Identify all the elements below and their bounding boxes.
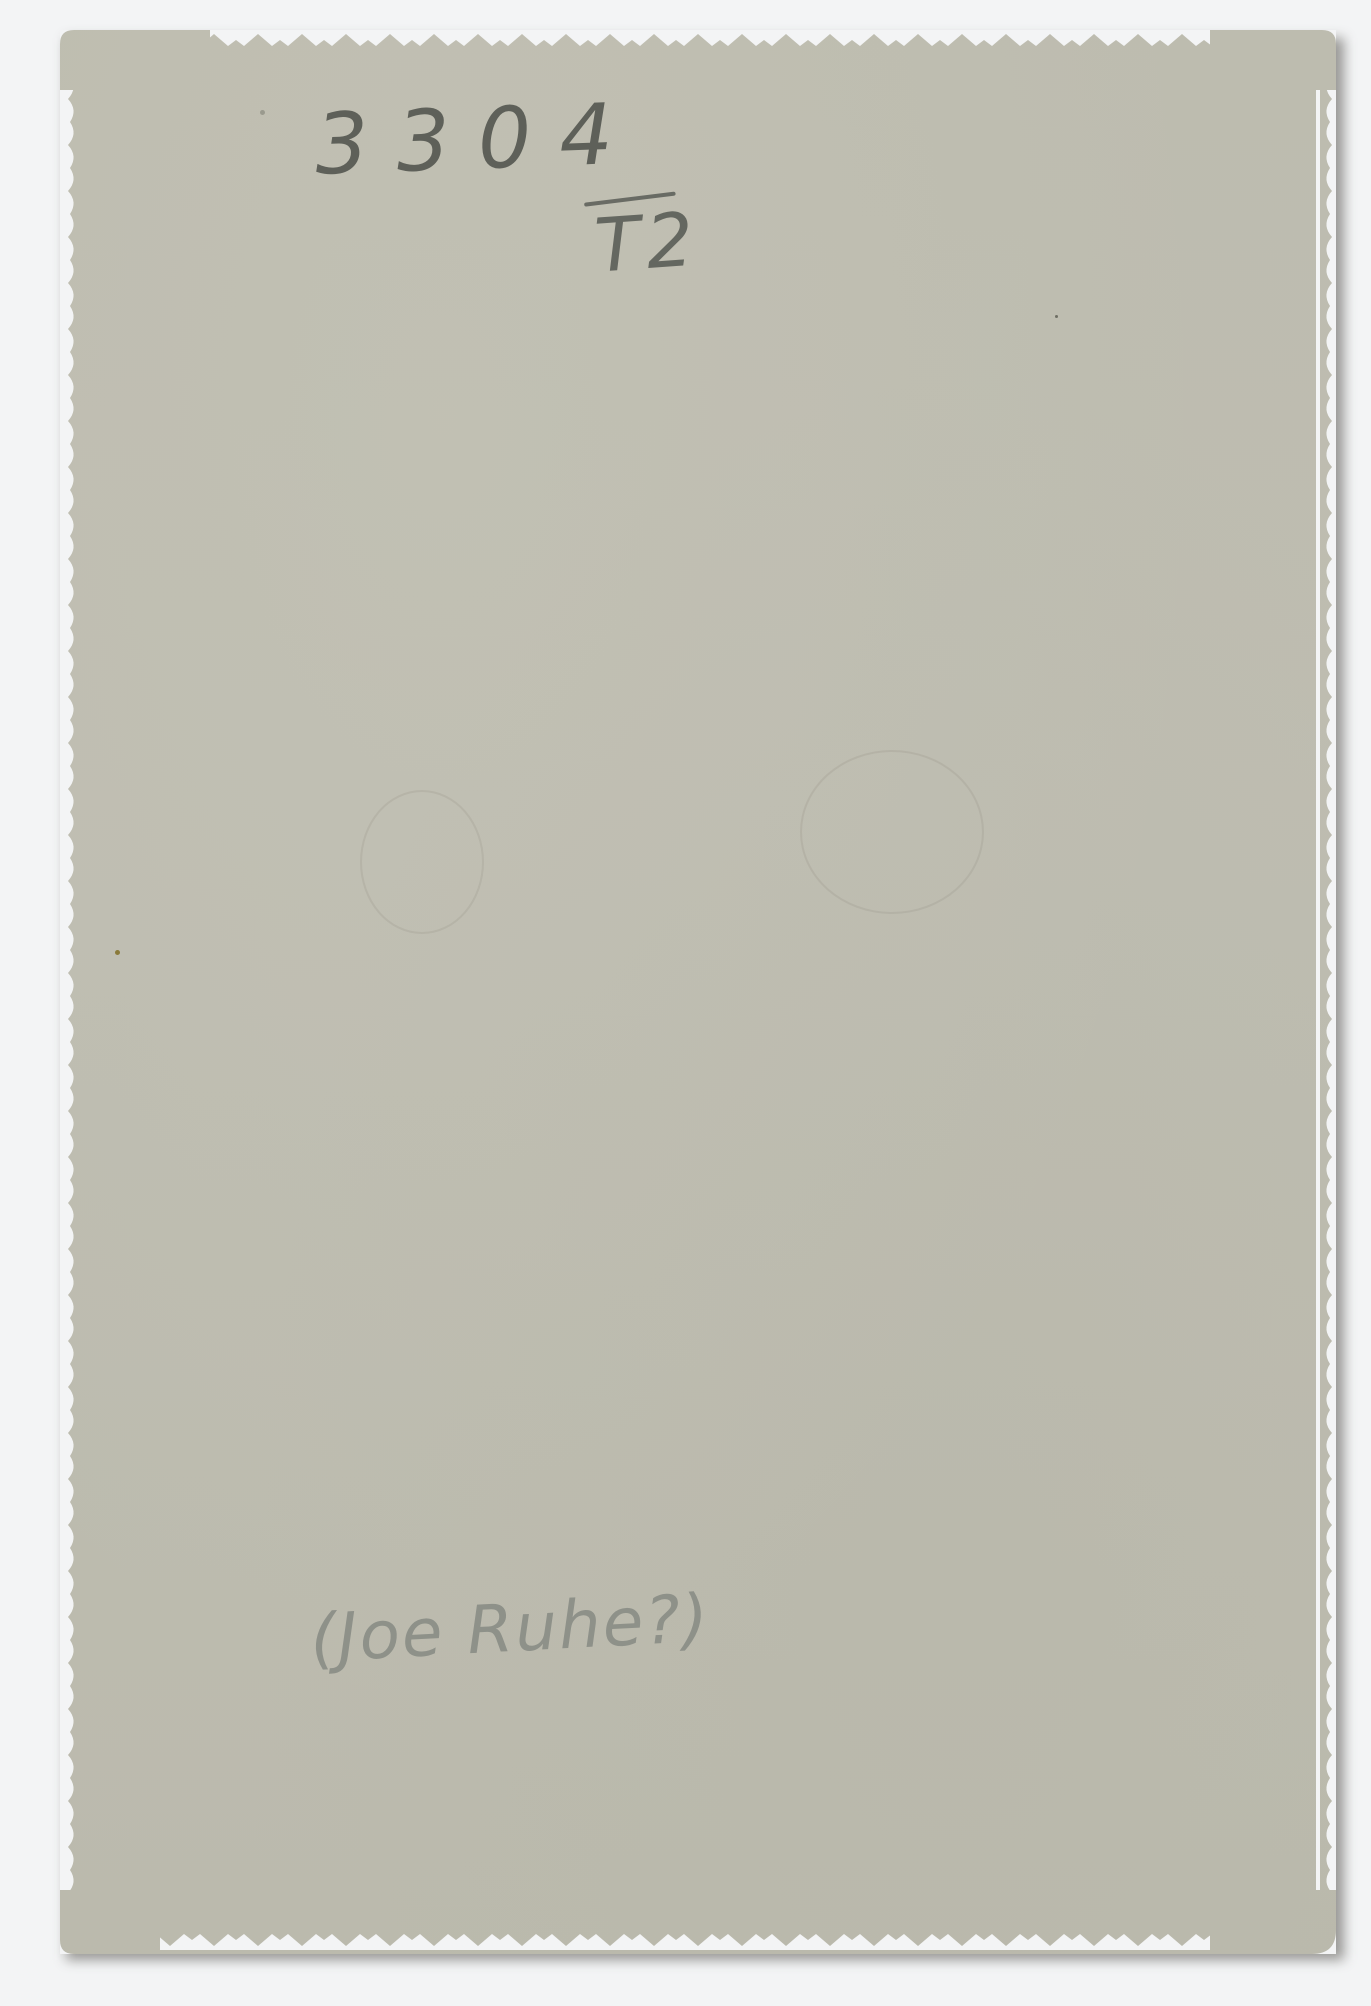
- deckle-edge: [60, 30, 1336, 1954]
- speck: [115, 950, 120, 955]
- faint-stain: [800, 750, 984, 914]
- photo-card-back: 3304 T2 (Joe Ruhe?): [60, 30, 1336, 1954]
- sub-number-text: T2: [592, 196, 702, 289]
- speck: [260, 110, 265, 115]
- speck: [1055, 315, 1058, 318]
- catalog-number-annotation: 3304: [313, 84, 642, 193]
- scan-background: 3304 T2 (Joe Ruhe?): [0, 0, 1371, 2006]
- faint-stain: [360, 790, 484, 934]
- sub-number-annotation: T2: [592, 196, 702, 289]
